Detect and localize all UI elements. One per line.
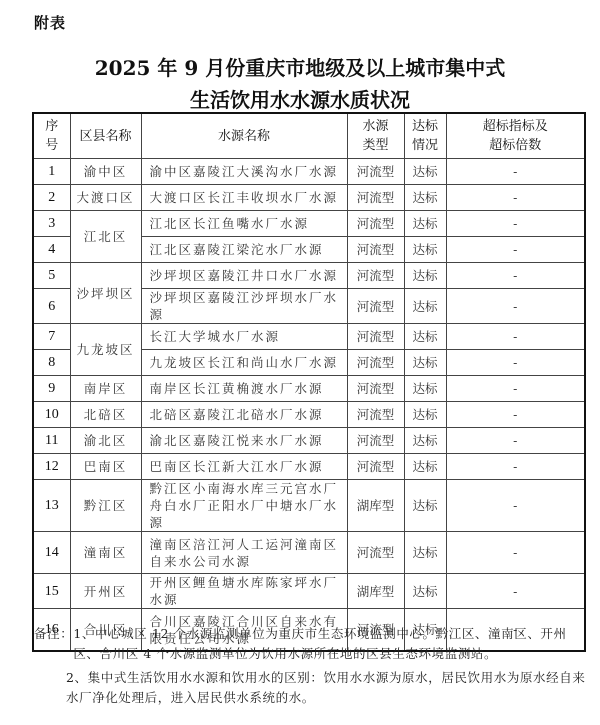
source-type: 河流型 (347, 159, 404, 185)
district-name: 潼南区 (70, 532, 141, 574)
source-type: 河流型 (347, 289, 404, 324)
exceed-indicator: - (446, 159, 585, 185)
exceed-indicator: - (446, 289, 585, 324)
source-type: 河流型 (347, 324, 404, 350)
compliance-status: 达标 (404, 263, 446, 289)
table-row: 14潼南区潼南区涪江河人工运河潼南区自来水公司水源河流型达标- (33, 532, 585, 574)
source-name: 黔江区小南海水库三元宫水厂舟白水厂正阳水厂中塘水厂水源 (141, 480, 347, 532)
compliance-status: 达标 (404, 376, 446, 402)
district-name: 渝北区 (70, 428, 141, 454)
header-district: 区县名称 (70, 113, 141, 159)
source-type: 河流型 (347, 185, 404, 211)
source-name: 长江大学城水厂水源 (141, 324, 347, 350)
compliance-status: 达标 (404, 480, 446, 532)
table-row: 7九龙坡区长江大学城水厂水源河流型达标- (33, 324, 585, 350)
exceed-indicator: - (446, 350, 585, 376)
source-name: 渝北区嘉陵江悦来水厂水源 (141, 428, 347, 454)
table-row: 11渝北区渝北区嘉陵江悦来水厂水源河流型达标- (33, 428, 585, 454)
table-row: 2大渡口区大渡口区长江丰收坝水厂水源河流型达标- (33, 185, 585, 211)
source-type: 河流型 (347, 532, 404, 574)
water-quality-table: 序号 区县名称 水源名称 水源类型 达标情况 超标指标及超标倍数 1渝中区渝中区… (32, 112, 586, 652)
compliance-status: 达标 (404, 289, 446, 324)
notes-section: 备注： 1、中心城区 12 个水源监测单位为重庆市生态环境监测中心。黔江区、潼南… (34, 624, 590, 708)
compliance-status: 达标 (404, 211, 446, 237)
row-number: 7 (33, 324, 70, 350)
source-name: 江北区长江鱼嘴水厂水源 (141, 211, 347, 237)
header-source: 水源名称 (141, 113, 347, 159)
source-type: 河流型 (347, 428, 404, 454)
table-header-row: 序号 区县名称 水源名称 水源类型 达标情况 超标指标及超标倍数 (33, 113, 585, 159)
compliance-status: 达标 (404, 185, 446, 211)
source-name: 南岸区长江黄桷渡水厂水源 (141, 376, 347, 402)
district-name: 大渡口区 (70, 185, 141, 211)
compliance-status: 达标 (404, 402, 446, 428)
district-name: 沙坪坝区 (70, 263, 141, 324)
row-number: 12 (33, 454, 70, 480)
exceed-indicator: - (446, 211, 585, 237)
source-type: 河流型 (347, 237, 404, 263)
district-name: 九龙坡区 (70, 324, 141, 376)
compliance-status: 达标 (404, 428, 446, 454)
source-type: 河流型 (347, 402, 404, 428)
header-exceed: 超标指标及超标倍数 (446, 113, 585, 159)
compliance-status: 达标 (404, 574, 446, 609)
note-1: 1、中心城区 12 个水源监测单位为重庆市生态环境监测中心。黔江区、潼南区、开州… (73, 624, 590, 664)
source-name: 沙坪坝区嘉陵江沙坪坝水厂水源 (141, 289, 347, 324)
compliance-status: 达标 (404, 159, 446, 185)
page-title-line1: 2025 年 9 月份重庆市地级及以上城市集中式 (0, 52, 600, 81)
district-name: 渝中区 (70, 159, 141, 185)
district-name: 黔江区 (70, 480, 141, 532)
source-name: 江北区嘉陵江梁沱水厂水源 (141, 237, 347, 263)
district-name: 北碚区 (70, 402, 141, 428)
header-status: 达标情况 (404, 113, 446, 159)
source-type: 河流型 (347, 454, 404, 480)
page-title-line2: 生活饮用水水源水质状况 (0, 84, 600, 113)
compliance-status: 达标 (404, 324, 446, 350)
header-no: 序号 (33, 113, 70, 159)
source-name: 开州区鲤鱼塘水库陈家坪水厂水源 (141, 574, 347, 609)
table-row: 15开州区开州区鲤鱼塘水库陈家坪水厂水源湖库型达标- (33, 574, 585, 609)
row-number: 4 (33, 237, 70, 263)
source-type: 湖库型 (347, 574, 404, 609)
source-name: 九龙坡区长江和尚山水厂水源 (141, 350, 347, 376)
source-type: 河流型 (347, 263, 404, 289)
exceed-indicator: - (446, 324, 585, 350)
compliance-status: 达标 (404, 350, 446, 376)
compliance-status: 达标 (404, 532, 446, 574)
source-name: 沙坪坝区嘉陵江井口水厂水源 (141, 263, 347, 289)
row-number: 8 (33, 350, 70, 376)
exceed-indicator: - (446, 428, 585, 454)
source-type: 河流型 (347, 211, 404, 237)
exceed-indicator: - (446, 454, 585, 480)
row-number: 9 (33, 376, 70, 402)
exceed-indicator: - (446, 532, 585, 574)
exceed-indicator: - (446, 574, 585, 609)
source-name: 大渡口区长江丰收坝水厂水源 (141, 185, 347, 211)
row-number: 13 (33, 480, 70, 532)
exceed-indicator: - (446, 402, 585, 428)
exceed-indicator: - (446, 263, 585, 289)
header-type: 水源类型 (347, 113, 404, 159)
source-type: 河流型 (347, 350, 404, 376)
district-name: 开州区 (70, 574, 141, 609)
table-row: 9南岸区南岸区长江黄桷渡水厂水源河流型达标- (33, 376, 585, 402)
compliance-status: 达标 (404, 454, 446, 480)
table-row: 12巴南区巴南区长江新大江水厂水源河流型达标- (33, 454, 585, 480)
appendix-label: 附表 (34, 12, 66, 33)
exceed-indicator: - (446, 237, 585, 263)
row-number: 3 (33, 211, 70, 237)
compliance-status: 达标 (404, 237, 446, 263)
district-name: 南岸区 (70, 376, 141, 402)
row-number: 5 (33, 263, 70, 289)
table-row: 5沙坪坝区沙坪坝区嘉陵江井口水厂水源河流型达标- (33, 263, 585, 289)
exceed-indicator: - (446, 480, 585, 532)
row-number: 2 (33, 185, 70, 211)
source-name: 北碚区嘉陵江北碚水厂水源 (141, 402, 347, 428)
table-row: 3江北区江北区长江鱼嘴水厂水源河流型达标- (33, 211, 585, 237)
table-row: 10北碚区北碚区嘉陵江北碚水厂水源河流型达标- (33, 402, 585, 428)
row-number: 11 (33, 428, 70, 454)
table-row: 13黔江区黔江区小南海水库三元宫水厂舟白水厂正阳水厂中塘水厂水源湖库型达标- (33, 480, 585, 532)
notes-lead: 备注： (34, 624, 73, 664)
table-row: 1渝中区渝中区嘉陵江大溪沟水厂水源河流型达标- (33, 159, 585, 185)
row-number: 14 (33, 532, 70, 574)
district-name: 巴南区 (70, 454, 141, 480)
row-number: 15 (33, 574, 70, 609)
district-name: 江北区 (70, 211, 141, 263)
source-name: 渝中区嘉陵江大溪沟水厂水源 (141, 159, 347, 185)
row-number: 1 (33, 159, 70, 185)
source-type: 湖库型 (347, 480, 404, 532)
row-number: 10 (33, 402, 70, 428)
row-number: 6 (33, 289, 70, 324)
note-2: 2、集中式生活饮用水水源和饮用水的区别：饮用水水源为原水，居民饮用水为原水经自来… (34, 668, 590, 708)
source-type: 河流型 (347, 376, 404, 402)
exceed-indicator: - (446, 185, 585, 211)
exceed-indicator: - (446, 376, 585, 402)
source-name: 潼南区涪江河人工运河潼南区自来水公司水源 (141, 532, 347, 574)
source-name: 巴南区长江新大江水厂水源 (141, 454, 347, 480)
